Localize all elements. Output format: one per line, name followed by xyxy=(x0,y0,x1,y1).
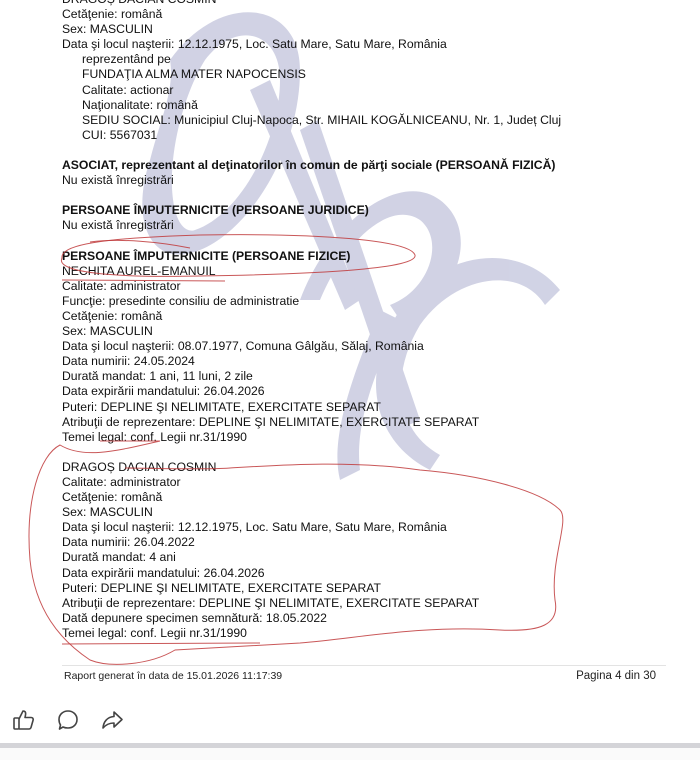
section-heading: ASOCIAT, reprezentant al deţinatorilor î… xyxy=(62,158,662,173)
document-line: Temei legal: conf. Legii nr.31/1990 xyxy=(62,626,662,641)
document-line: FUNDAŢIA ALMA MATER NAPOCENSIS xyxy=(62,67,662,82)
post-actions xyxy=(0,700,700,740)
thumbs-up-icon xyxy=(12,708,36,732)
document-line: Atribuţii de reprezentare: DEPLINE ŞI NE… xyxy=(62,596,662,611)
footer-separator xyxy=(62,665,666,666)
document-line: Calitate: actionar xyxy=(62,83,662,98)
document-line: Data şi locul naşterii: 08.07.1977, Comu… xyxy=(62,339,662,354)
document-line: Calitate: administrator xyxy=(62,279,662,294)
document-line: CUI: 5567031 xyxy=(62,128,662,143)
spacer xyxy=(62,143,662,158)
document-line: Cetăţenie: română xyxy=(62,490,662,505)
document-line: Funcţie: presedinte consiliu de administ… xyxy=(62,294,662,309)
like-button[interactable] xyxy=(12,708,36,732)
document-line: reprezentând pe xyxy=(62,52,662,67)
document-line: Durată mandat: 4 ani xyxy=(62,550,662,565)
comment-icon xyxy=(56,708,80,732)
document-line: Cetăţenie: română xyxy=(62,7,662,22)
comment-button[interactable] xyxy=(56,708,80,732)
document-page: DRAGOȘ DACIAN COSMINCetăţenie: românăSex… xyxy=(0,0,700,690)
document-line: SEDIU SOCIAL: Municipiul Cluj-Napoca, St… xyxy=(62,113,662,128)
spacer xyxy=(62,234,662,249)
document-line: Atribuţii de reprezentare: DEPLINE ŞI NE… xyxy=(62,415,662,430)
share-icon xyxy=(100,708,124,732)
document-line: Nu există înregistrări xyxy=(62,218,662,233)
spacer xyxy=(62,445,662,460)
report-generated-text: Raport generat în data de 15.01.2026 11:… xyxy=(64,670,282,682)
document-line: Data şi locul naşterii: 12.12.1975, Loc.… xyxy=(62,520,662,535)
document-line: Dată depunere specimen semnătură: 18.05.… xyxy=(62,611,662,626)
document-line: Data şi locul naşterii: 12.12.1975, Loc.… xyxy=(62,37,662,52)
document-line: Cetăţenie: română xyxy=(62,309,662,324)
document-line: Sex: MASCULIN xyxy=(62,324,662,339)
document-line: Temei legal: conf. Legii nr.31/1990 xyxy=(62,430,662,445)
document-line: Puteri: DEPLINE ŞI NELIMITATE, EXERCITAT… xyxy=(62,400,662,415)
document-line: DRAGOȘ DACIAN COSMIN xyxy=(62,0,662,7)
document-line: Nu există înregistrări xyxy=(62,173,662,188)
document-line: Data numirii: 24.05.2024 xyxy=(62,354,662,369)
document-line: Sex: MASCULIN xyxy=(62,22,662,37)
document-line: Data expirării mandatului: 26.04.2026 xyxy=(62,566,662,581)
section-heading: PERSOANE ÎMPUTERNICITE (PERSOANE JURIDIC… xyxy=(62,203,662,218)
page-number: Pagina 4 din 30 xyxy=(576,670,656,682)
bottom-area xyxy=(0,748,700,760)
document-line: NECHITA AUREL-EMANUIL xyxy=(62,264,662,279)
document-content: DRAGOȘ DACIAN COSMINCetăţenie: românăSex… xyxy=(62,0,662,641)
document-line: Calitate: administrator xyxy=(62,475,662,490)
document-line: Durată mandat: 1 ani, 11 luni, 2 zile xyxy=(62,369,662,384)
document-line: DRAGOȘ DACIAN COSMIN xyxy=(62,460,662,475)
document-line: Sex: MASCULIN xyxy=(62,505,662,520)
document-line: Data expirării mandatului: 26.04.2026 xyxy=(62,384,662,399)
document-line: Puteri: DEPLINE ŞI NELIMITATE, EXERCITAT… xyxy=(62,581,662,596)
spacer xyxy=(62,188,662,203)
share-button[interactable] xyxy=(100,708,124,732)
section-heading: PERSOANE ÎMPUTERNICITE (PERSOANE FIZICE) xyxy=(62,249,662,264)
document-line: Data numirii: 26.04.2022 xyxy=(62,535,662,550)
document-line: Naţionalitate: română xyxy=(62,98,662,113)
